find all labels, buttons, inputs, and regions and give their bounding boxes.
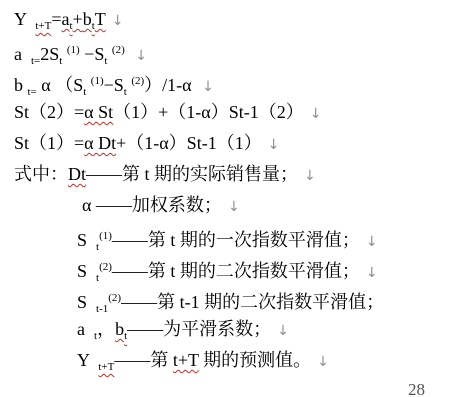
text-run: (2): [99, 261, 112, 273]
text-run: t+T: [173, 350, 199, 370]
formula-line-forecast: Y t+T=at+btT↓: [14, 4, 124, 35]
definition-line-alpha: α ——加权系数；↓: [82, 190, 240, 221]
text-run: a: [14, 44, 31, 64]
text-run: +（1-α）St-1（1）: [116, 133, 262, 153]
document-page: Y t+T=at+btT↓a t=2St (1) −St (2) ↓b t= α…: [0, 0, 460, 397]
text-run: α （S: [37, 75, 83, 95]
formula-line-s2: St（2）=α St（1）+（1-α）St-1（2）↓: [14, 97, 321, 128]
text-run: ——第 t 期的二次指数平滑值；: [112, 261, 360, 281]
text-run: α Dt: [84, 133, 116, 153]
definition-line-s2: S t(2)——第 t 期的二次指数平滑值；↓: [77, 252, 378, 283]
text-run: t+T: [35, 20, 51, 32]
text-run: 2S: [40, 44, 59, 64]
text-run: (1): [67, 44, 80, 56]
text-run: Y: [14, 9, 35, 29]
text-run: −S: [104, 75, 124, 95]
paragraph-mark-icon: ↓: [268, 137, 280, 153]
paragraph-mark-icon: ↓: [228, 199, 240, 215]
text-run: ——为平滑系数；: [127, 319, 271, 339]
definition-line-s1: S t(1)——第 t 期的一次指数平滑值；↓: [77, 221, 378, 252]
paragraph-mark-icon: ↓: [317, 354, 329, 370]
paragraph-mark-icon: ↓: [135, 48, 147, 64]
text-run: t+T: [98, 361, 114, 373]
text-run: b: [83, 9, 92, 29]
text-run: =: [51, 9, 61, 29]
text-run: ——第: [114, 350, 173, 370]
definition-line-dt: 式中：Dt——第 t 期的实际销售量；↓: [14, 159, 316, 190]
text-run: St（1）=: [14, 133, 84, 153]
text-run: 式中：: [14, 164, 68, 184]
text-run: （1）+（1-α）St-1（2）: [113, 102, 304, 122]
text-run: (1): [99, 230, 112, 242]
definition-line-s2-prev: S t-1(2)——第 t-1 期的二次指数平滑值；: [77, 283, 384, 314]
text-run: S: [77, 261, 96, 281]
text-run: Dt: [68, 164, 86, 184]
text-run: a: [77, 319, 94, 339]
text-run: [125, 44, 130, 64]
formula-line-s1: St（1）=α Dt+（1-α）St-1（1）↓: [14, 128, 279, 159]
text-run: S: [77, 292, 96, 312]
formula-line-a: a t=2St (1) −St (2) ↓: [14, 35, 147, 66]
text-run: b: [115, 319, 124, 339]
formula-line-b: b t= α （St (1)−St (2)）/1-α ↓: [14, 66, 214, 97]
definition-line-ab: a t，bt——为平滑系数；↓: [77, 314, 289, 345]
text-run: T: [95, 9, 106, 29]
text-run: S: [77, 230, 96, 250]
text-run: α ——加权系数；: [82, 195, 222, 215]
text-run: ——第 t-1 期的二次指数平滑值；: [121, 292, 384, 312]
text-run: −S: [80, 44, 105, 64]
page-number: 28: [408, 380, 425, 397]
text-run: ，: [97, 319, 115, 339]
paragraph-mark-icon: ↓: [112, 13, 124, 29]
paragraph-mark-icon: ↓: [304, 168, 316, 184]
text-run: +: [73, 9, 83, 29]
text-run: (2): [108, 292, 121, 304]
text-run: ）/1-α: [144, 75, 196, 95]
paragraph-mark-icon: ↓: [277, 323, 289, 339]
text-run: (2): [112, 44, 125, 56]
paragraph-mark-icon: ↓: [202, 79, 214, 95]
definition-line-forecast: Y t+T——第 t+T 期的预测值。↓: [77, 345, 329, 376]
text-run: α St: [84, 102, 113, 122]
paragraph-mark-icon: ↓: [310, 106, 322, 122]
text-run: (2): [131, 75, 144, 87]
text-run: St（2）=: [14, 102, 84, 122]
text-run: ——第 t 期的实际销售量；: [86, 164, 298, 184]
text-run: Y: [77, 350, 98, 370]
text-run: ——第 t 期的一次指数平滑值；: [112, 230, 360, 250]
text-run: (1): [91, 75, 104, 87]
paragraph-mark-icon: ↓: [366, 234, 378, 250]
paragraph-mark-icon: ↓: [366, 265, 378, 281]
text-run: 期的预测值。: [199, 350, 312, 370]
text-run: b: [14, 75, 28, 95]
